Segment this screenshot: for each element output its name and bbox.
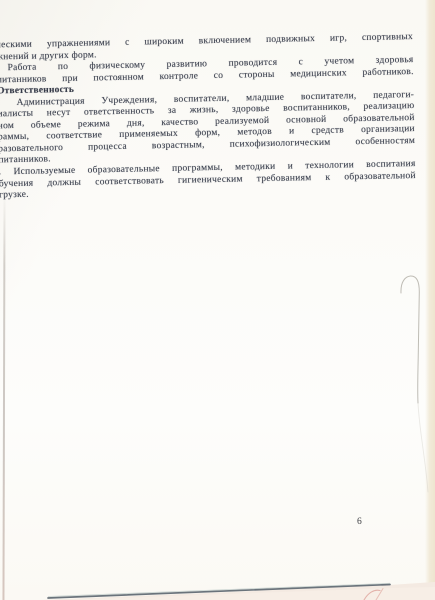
scanner-background-bottom-shade	[42, 582, 435, 600]
text-block: ческими упражнениями с широким включение…	[0, 32, 416, 202]
right-scan-strip	[425, 0, 435, 600]
scanner-background-bottom	[42, 582, 435, 600]
page-bottom-edge-line	[48, 585, 390, 599]
left-paper-edge-shadow	[2, 192, 5, 600]
hair-line-artifact	[401, 276, 419, 403]
page-bottom-edge-highlight	[48, 583, 390, 596]
pen-mark	[364, 590, 380, 600]
pen-mark-stroke-2	[376, 589, 383, 600]
page-number: 6	[357, 517, 362, 527]
scanned-document-page: ческими упражнениями с широким включение…	[0, 0, 435, 600]
